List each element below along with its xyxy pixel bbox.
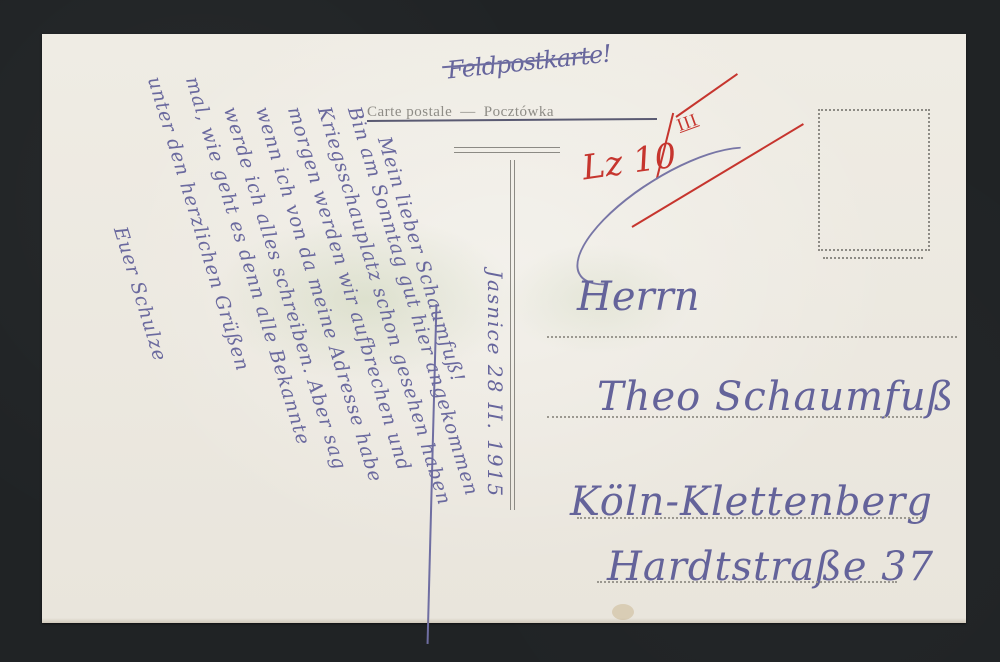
stamp-underline bbox=[823, 257, 923, 259]
double-rule bbox=[454, 147, 560, 153]
address-line-4 bbox=[597, 581, 897, 583]
address-line-2 bbox=[547, 416, 922, 418]
center-divider bbox=[510, 160, 515, 510]
address-street: Hardtstraße 37 bbox=[607, 544, 934, 590]
address-name: Theo Schaumfuß bbox=[597, 374, 954, 420]
foxing-stain bbox=[612, 604, 634, 620]
red-underline-short bbox=[675, 73, 738, 118]
address-line-3 bbox=[577, 517, 922, 519]
address-line-1 bbox=[547, 336, 957, 338]
message-signature: Euer Schulze bbox=[109, 224, 171, 364]
header-french: Carte postale bbox=[367, 104, 452, 120]
header-polish: Pocztówka bbox=[484, 104, 554, 120]
header-separator: — bbox=[460, 104, 476, 120]
address-salutation: Herrn bbox=[577, 274, 700, 320]
handwritten-date: Jasnice 28 II. 1915 bbox=[483, 270, 507, 498]
postcard: Carte postale—Pocztówka Feldpostkarte! L… bbox=[42, 34, 966, 623]
stamp-box bbox=[818, 109, 930, 251]
